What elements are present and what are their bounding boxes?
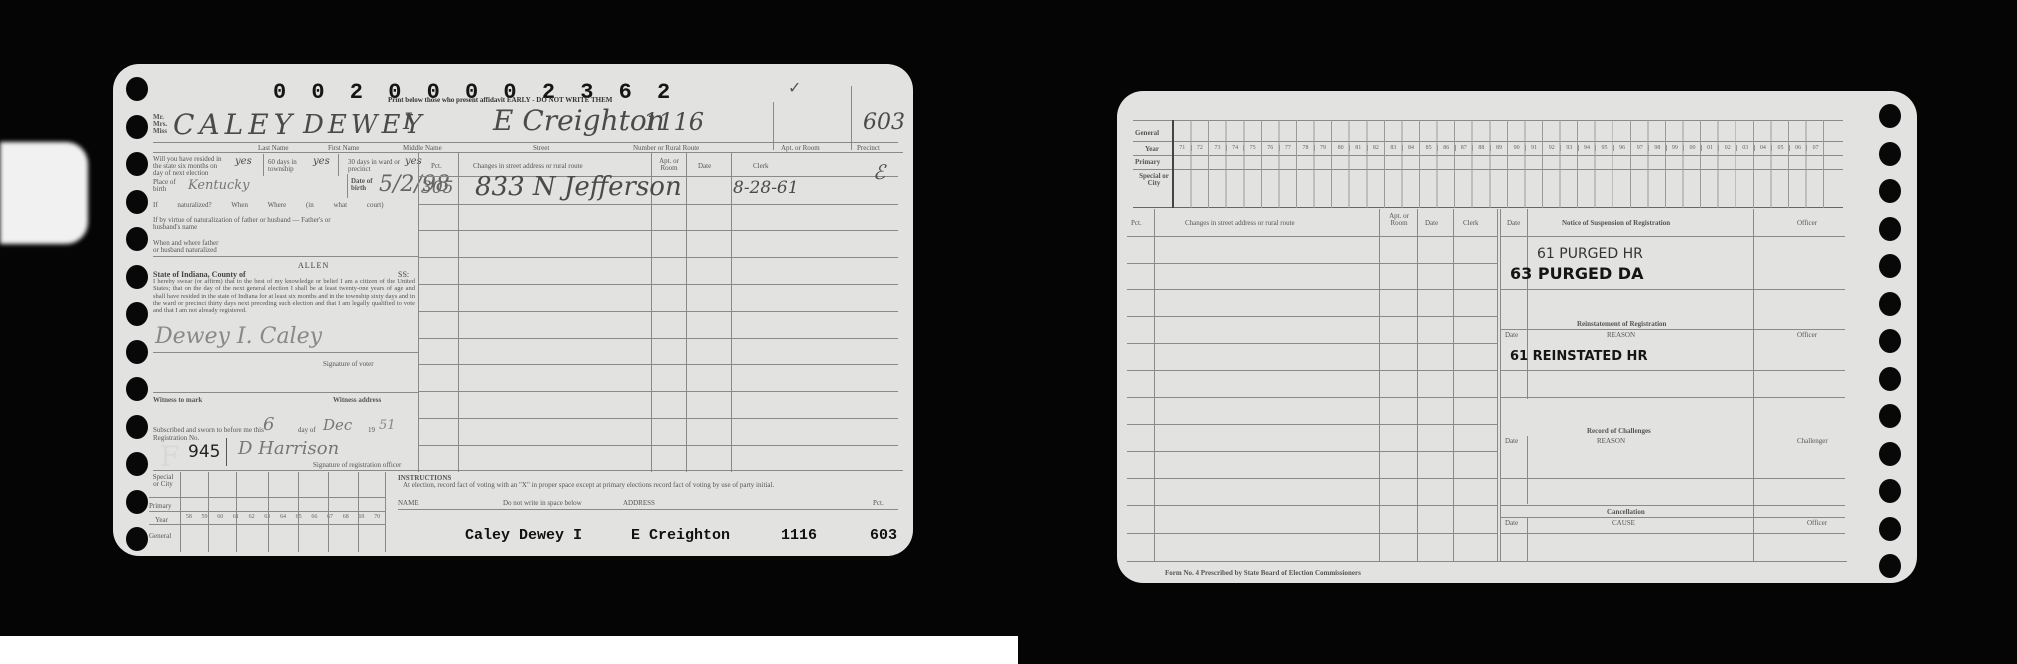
place-of-birth-value: Kentucky xyxy=(188,178,250,193)
oath-text: I hereby swear (or affirm) that to the b… xyxy=(153,278,415,314)
footer-street: E Creighton xyxy=(631,527,730,544)
punch-hole xyxy=(1879,554,1901,578)
punch-hole xyxy=(126,490,148,514)
suspension-entry: 61 PURGED HR xyxy=(1537,246,1643,262)
street-value: E Creighton xyxy=(493,104,665,137)
punch-hole xyxy=(126,415,148,439)
voter-registration-card-front: 0 0 2 0 0 0 0 2 3 6 2 Print below those … xyxy=(113,64,913,556)
label-when-where: When and where father or husband natural… xyxy=(153,240,223,254)
punch-hole xyxy=(126,265,148,289)
county-value: ALLEN xyxy=(298,261,329,270)
registration-number: 945 xyxy=(188,442,220,462)
punch-hole xyxy=(126,527,148,551)
punch-hole xyxy=(126,377,148,401)
footer-label-pct: Pct. xyxy=(873,499,884,507)
margin-letter: F xyxy=(160,440,179,473)
col-pct: Pct. xyxy=(431,162,442,170)
punch-hole xyxy=(1879,517,1901,541)
reinstatement-entry: 61 REINSTATED HR xyxy=(1510,349,1647,364)
label-precinct: Precinct xyxy=(857,144,880,152)
punch-hole xyxy=(1879,142,1901,166)
title-prefix: Mr. Mrs. Miss xyxy=(153,114,167,135)
col-apt: Apt. or Room xyxy=(655,158,683,172)
punch-hole xyxy=(1879,254,1901,278)
voter-registration-card-back: General Year Primary Special or City 71 … xyxy=(1117,91,1917,583)
form-footer: Form No. 4 Prescribed by State Board of … xyxy=(1165,569,1361,577)
instructions-text: At election, record fact of voting with … xyxy=(403,482,883,489)
label-by-virtue: If by virtue of naturalization of father… xyxy=(153,217,333,231)
label-apt: Apt. or Room xyxy=(781,144,820,152)
suspension-entry: 63 PURGED DA xyxy=(1510,264,1643,283)
punch-hole xyxy=(126,115,148,139)
label-number: Number or Rural Route xyxy=(633,144,699,152)
col-clerk: Clerk xyxy=(753,162,769,170)
clerk-initial: ℰ xyxy=(873,160,885,184)
footer-label-note: Do not write in space below xyxy=(503,499,582,507)
label-place-of-birth: Place of birth xyxy=(153,179,183,193)
punch-hole xyxy=(1879,367,1901,391)
house-number-value: 1116 xyxy=(643,108,704,136)
subscribed-year: 51 xyxy=(379,418,396,433)
q-township: 60 days in township xyxy=(268,159,308,173)
punch-hole xyxy=(126,227,148,251)
header-note: Print below those who present affidavit … xyxy=(388,96,612,104)
punch-hole xyxy=(126,190,148,214)
last-name-value: Caley xyxy=(173,108,297,141)
label-subscribed: Subscribed and sworn to before me this xyxy=(153,426,264,434)
punch-hole xyxy=(1879,104,1901,128)
punch-hole xyxy=(126,452,148,476)
punch-hole xyxy=(126,152,148,176)
check-mark-icon: ✓ xyxy=(788,78,801,98)
label-signature-voter: Signature of voter xyxy=(323,360,374,368)
footer-pct: 603 xyxy=(870,527,897,544)
q-state-residence: Will you have resided in the state six m… xyxy=(153,156,225,177)
footer-number: 1116 xyxy=(781,527,817,544)
subscribed-day: 6 xyxy=(263,414,274,435)
a-state-residence: yes xyxy=(235,156,252,167)
label-day-of: day of xyxy=(298,426,316,434)
label-middle-name: Middle Name xyxy=(403,144,442,152)
punch-hole xyxy=(1879,217,1901,241)
col-changes: Changes in street address or rural route xyxy=(473,162,583,170)
year-prefix: 19 xyxy=(368,426,375,434)
punch-hole xyxy=(126,340,148,364)
label-naturalized: If naturalized? When Where (in what cour… xyxy=(153,201,384,209)
punch-hole xyxy=(1879,404,1901,428)
punch-hole xyxy=(126,302,148,326)
label-witness-address: Witness address xyxy=(333,396,381,404)
footer-label-address: ADDRESS xyxy=(623,499,655,507)
punch-hole xyxy=(126,77,148,101)
light-glare xyxy=(0,142,88,244)
middle-name-value: I xyxy=(403,110,412,135)
label-street: Street xyxy=(533,144,549,152)
precinct-value: 603 xyxy=(863,110,905,135)
label-last-name: Last Name xyxy=(258,144,289,152)
label-date-of-birth: Date of birth xyxy=(351,178,377,192)
voter-signature: Dewey I. Caley xyxy=(155,324,322,349)
label-officer-signature: Signature of registration officer xyxy=(313,461,401,469)
label-witness: Witness to mark xyxy=(153,396,202,404)
punch-hole xyxy=(1879,292,1901,316)
punch-hole xyxy=(1879,329,1901,353)
punch-hole xyxy=(1879,442,1901,466)
punch-hole xyxy=(1879,479,1901,503)
footer-name: Caley Dewey I xyxy=(465,527,582,544)
label-first-name: First Name xyxy=(328,144,359,152)
a-township: yes xyxy=(313,156,330,167)
punch-hole xyxy=(1879,179,1901,203)
officer-signature: D Harrison xyxy=(238,438,339,459)
blank-strip xyxy=(0,636,1018,664)
subscribed-month: Dec xyxy=(323,416,352,434)
col-date: Date xyxy=(698,162,711,170)
q-ward: 30 days in ward or precinct xyxy=(348,159,406,173)
footer-label-name: NAME xyxy=(398,499,419,507)
a-ward: yes xyxy=(405,156,422,167)
